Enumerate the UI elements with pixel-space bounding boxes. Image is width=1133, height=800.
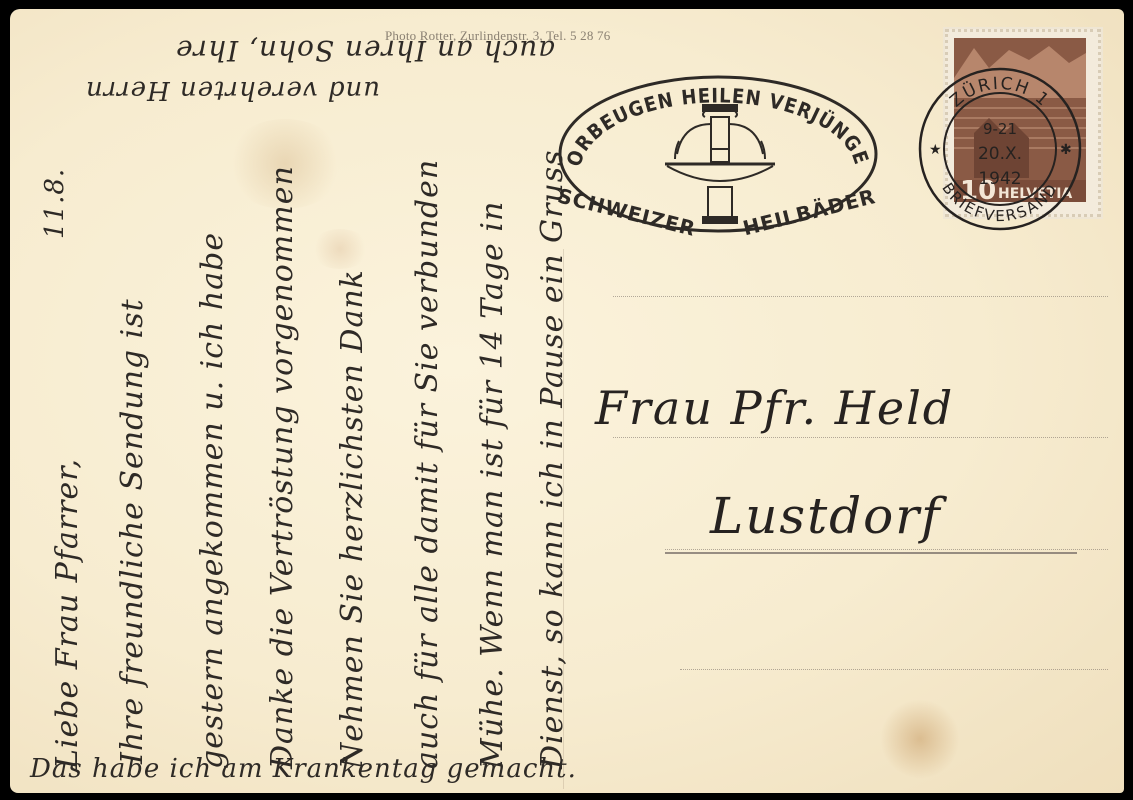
message-column: Mühe. Wenn man ist für 14 Tage in <box>475 201 510 769</box>
message-column: auch für alle damit für Sie verbunden <box>410 159 445 769</box>
svg-text:HEILBÄDER: HEILBÄDER <box>740 184 878 240</box>
address-line <box>680 669 1108 670</box>
stain <box>880 699 960 779</box>
postcard: Photo Rotter, Zurlindenstr. 3, Tel. 5 28… <box>10 9 1124 793</box>
svg-text:✱: ✱ <box>1060 142 1072 158</box>
address-line <box>613 437 1108 438</box>
stain <box>310 229 370 269</box>
slogan-cancellation: VORBEUGEN HEILEN VERJÜNGEN SCHWEIZER HEI… <box>553 69 883 239</box>
address-underline <box>665 552 1077 554</box>
recipient-name: Frau Pfr. Held <box>595 381 954 435</box>
message-top-line: auch an Ihren Sohn, Ihre <box>175 34 555 67</box>
address-line <box>665 549 1108 550</box>
message-column: Liebe Frau Pfarrer, <box>50 458 85 769</box>
svg-text:1942: 1942 <box>978 169 1021 189</box>
message-date: 11.8. <box>40 168 70 239</box>
message-column: gestern angekommen u. ich habe <box>195 232 230 769</box>
message-column: Nehmen Sie herzlichsten Dank <box>335 269 370 769</box>
message-column: Danke die Vertröstung vorgenommen <box>265 165 300 769</box>
postmark: ZÜRICH 1 BRIEFVERSAND 9-21 20.X. 1942 ★ … <box>915 64 1085 234</box>
recipient-town: Lustdorf <box>710 487 942 545</box>
message-column: Ihre freundliche Sendung ist <box>115 298 150 764</box>
message-column: Dienst, so kann ich in Pause ein Gruss <box>535 149 570 769</box>
address-line <box>613 296 1108 297</box>
svg-text:9-21: 9-21 <box>983 120 1017 138</box>
message-bottom-line: Das habe ich am Krankentag gemacht. <box>30 754 577 784</box>
svg-text:SCHWEIZER: SCHWEIZER <box>555 183 698 241</box>
svg-text:20.X.: 20.X. <box>978 144 1022 164</box>
message-top-line: und verehrten Herrn <box>85 75 380 105</box>
fountain-icon <box>665 105 775 223</box>
svg-text:★: ★ <box>929 142 942 158</box>
